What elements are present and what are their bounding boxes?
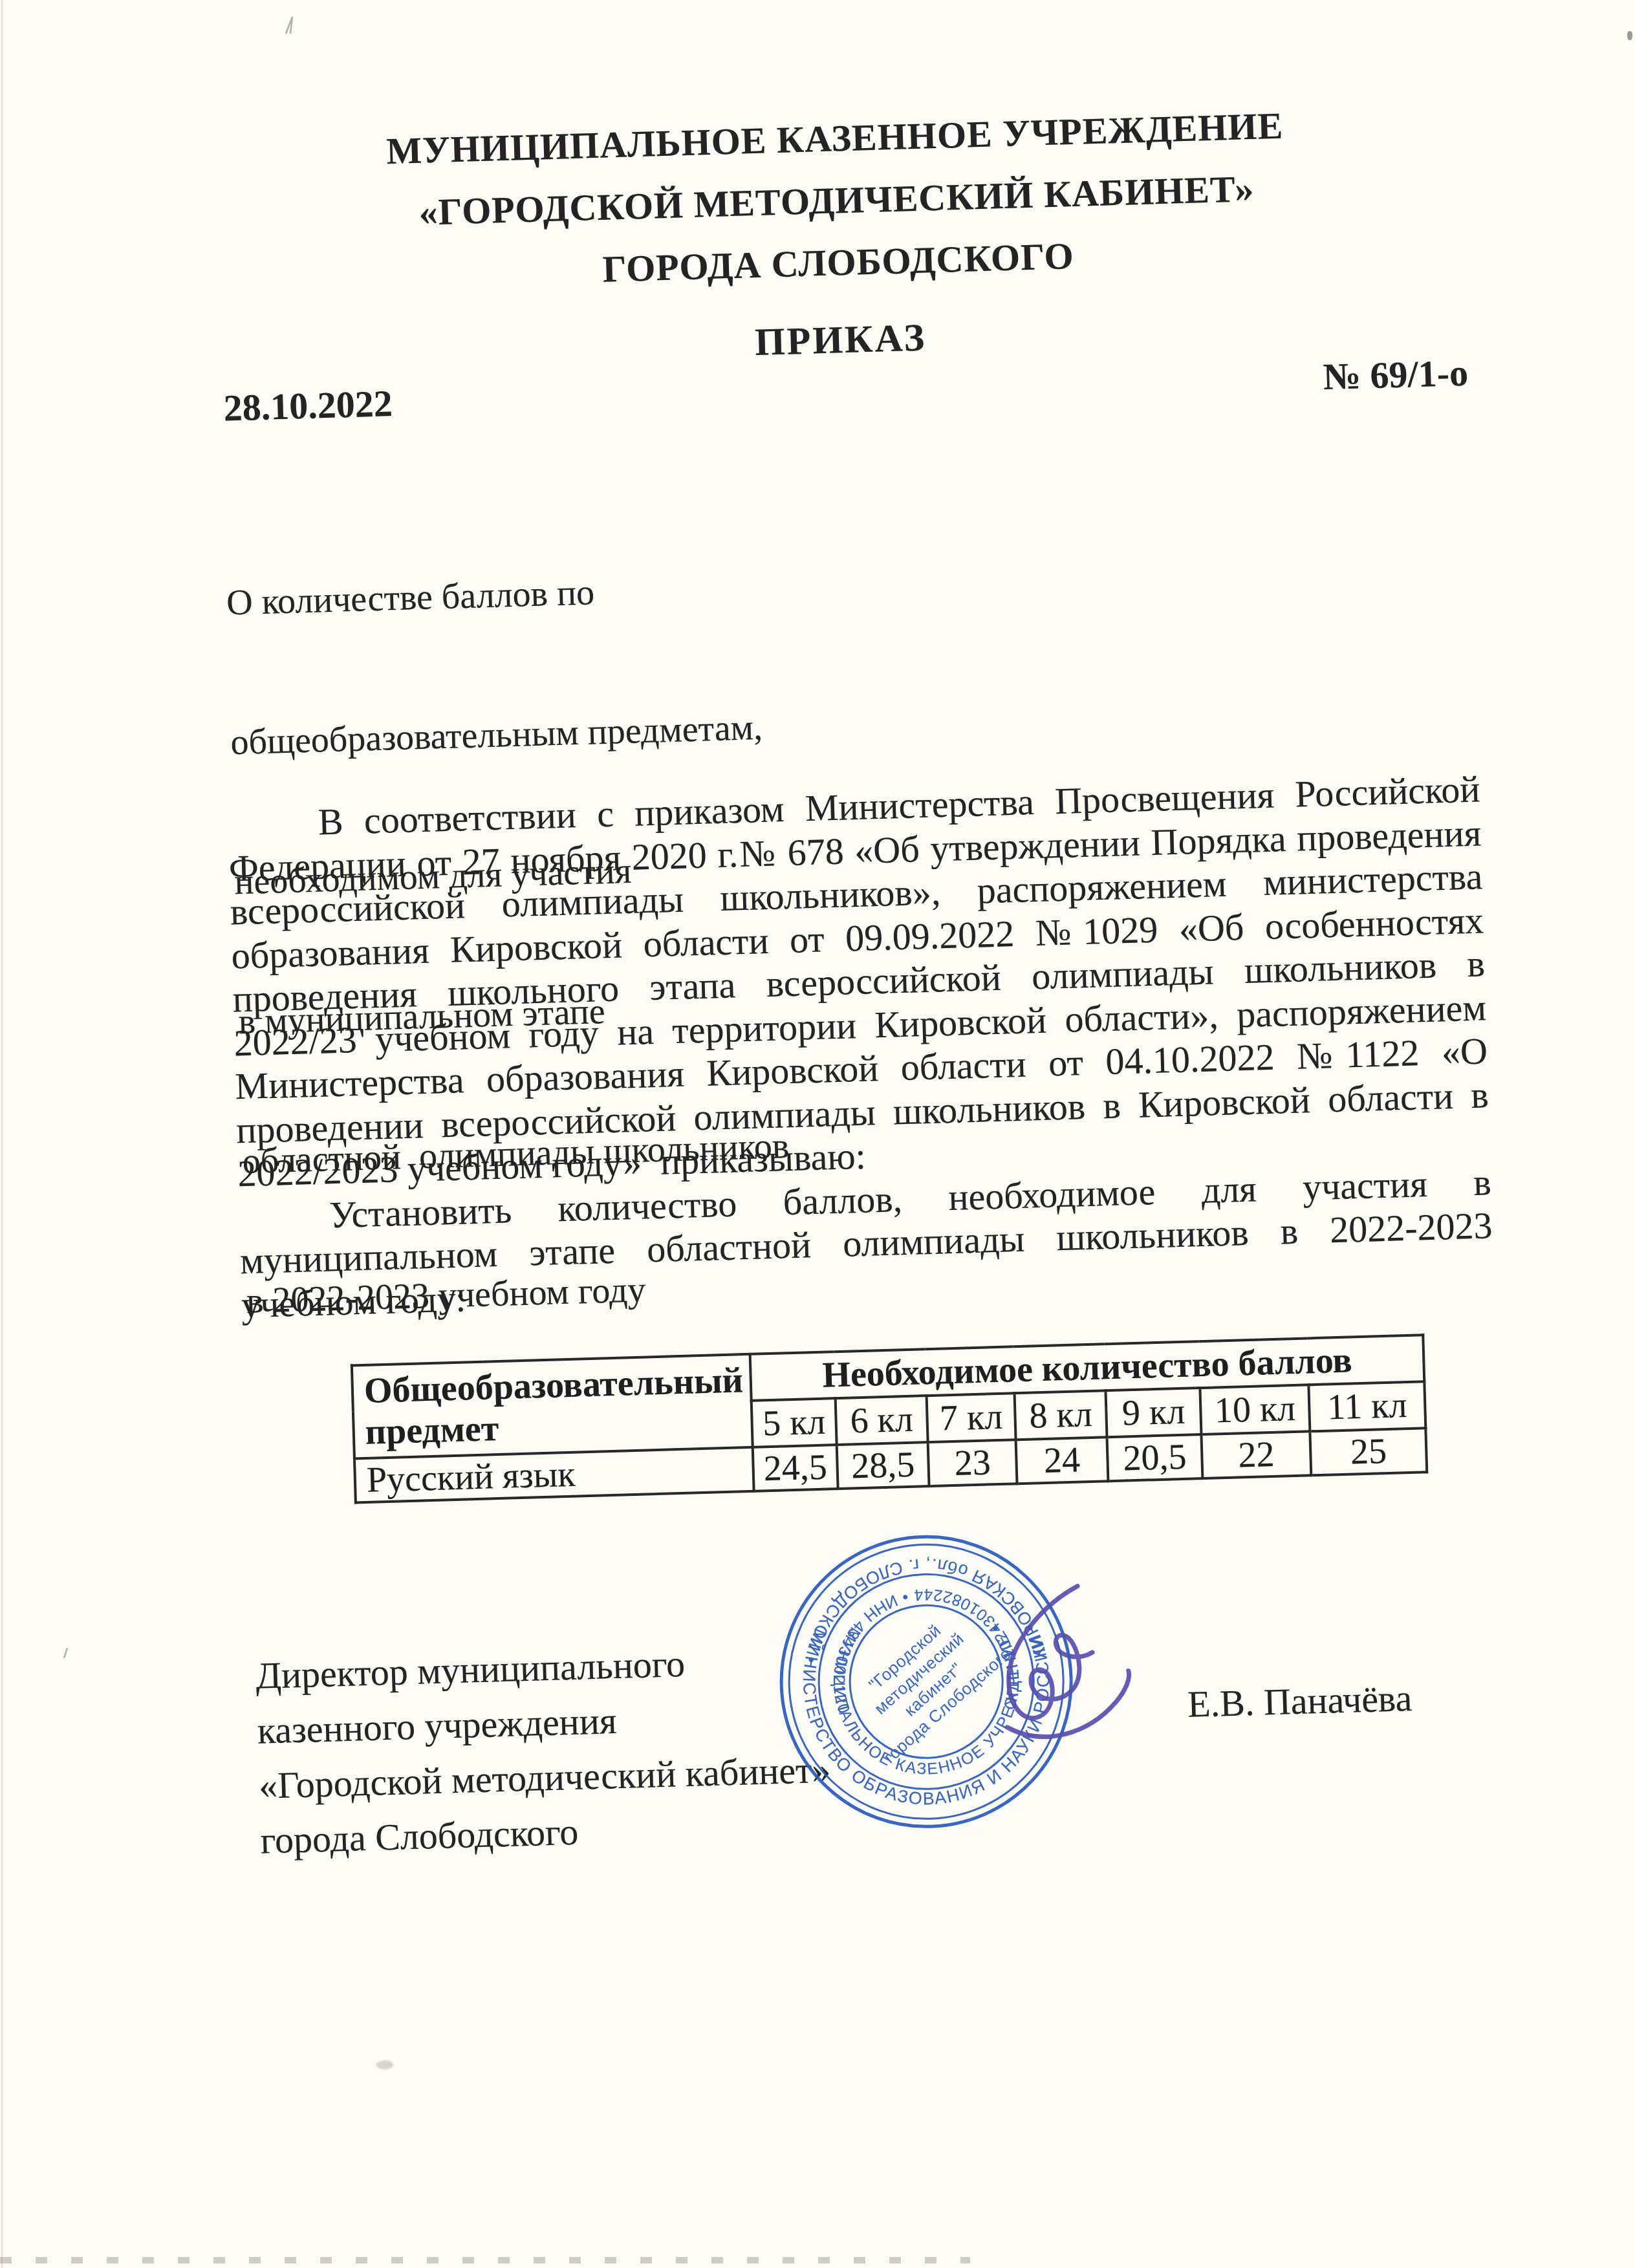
class-header-cell: 9 кл xyxy=(1106,1388,1202,1437)
document-body: В соответствии с приказом Министерства П… xyxy=(227,767,1494,1326)
table-header-subject: Общеобразовательный предмет xyxy=(352,1354,753,1458)
scan-artifact xyxy=(1,0,3,2268)
class-header-cell: 8 кл xyxy=(1015,1390,1107,1440)
organization-name: МУНИЦИПАЛЬНОЕ КАЗЕННОЕ УЧРЕЖДЕНИЕ «ГОРОД… xyxy=(208,90,1465,312)
signature-scribble xyxy=(980,1575,1141,1754)
score-cell: 20,5 xyxy=(1107,1434,1203,1481)
score-cell: 22 xyxy=(1202,1431,1312,1478)
score-cell: 28,5 xyxy=(837,1442,929,1489)
class-header-cell: 6 кл xyxy=(836,1396,928,1445)
class-header-cell: 11 кл xyxy=(1308,1381,1425,1431)
score-cell: 25 xyxy=(1310,1428,1427,1475)
score-cell: 24 xyxy=(1016,1437,1109,1484)
subject-line: общеобразовательным предметам, xyxy=(230,704,777,766)
scan-artifact xyxy=(0,2257,970,2263)
class-header-cell: 7 кл xyxy=(927,1393,1016,1442)
document-number: № 69/1-о xyxy=(1323,351,1469,398)
document-date: 28.10.2022 xyxy=(223,382,393,429)
class-header-cell: 5 кл xyxy=(752,1398,837,1447)
scan-artifact xyxy=(376,2060,393,2069)
subject-line: О количестве баллов по xyxy=(226,564,774,626)
scanned-document-page: МУНИЦИПАЛЬНОЕ КАЗЕННОЕ УЧРЕЖДЕНИЕ «ГОРОД… xyxy=(0,0,1635,2268)
scan-artifact xyxy=(63,1648,69,1658)
document-content: МУНИЦИПАЛЬНОЕ КАЗЕННОЕ УЧРЕЖДЕНИЕ «ГОРОД… xyxy=(207,61,1519,2198)
scan-artifact xyxy=(283,14,296,36)
class-header-cell: 10 кл xyxy=(1200,1385,1310,1434)
signer-name: Е.В. Паначёва xyxy=(1187,1676,1413,1726)
scores-table: Общеобразовательный предмет Необходимое … xyxy=(351,1334,1429,1504)
scan-artifact xyxy=(1627,31,1632,40)
score-cell: 24,5 xyxy=(753,1445,838,1491)
